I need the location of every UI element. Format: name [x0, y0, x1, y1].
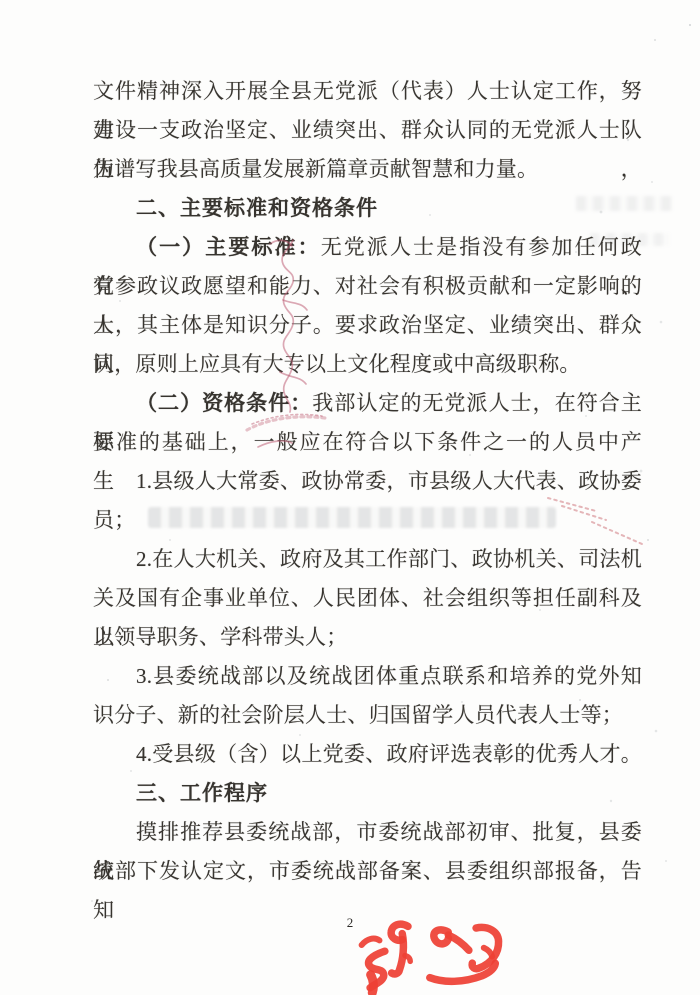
doc-list-item: 4.受县级（含）以上党委、政府评选表彰的优秀人才。 [93, 735, 642, 774]
doc-line: 建设一支政治坚定、业绩突出、群众认同的无党派人士队伍， [93, 111, 642, 150]
doc-line: 关及国有企事业单位、人民团体、社会组织等担任副科及以 [93, 579, 642, 618]
doc-line: 员； [93, 501, 642, 540]
doc-line: 士，其主体是知识分子。要求政治坚定、业绩突出、群众认 [93, 306, 642, 345]
section-heading: 二、主要标准和资格条件 [93, 189, 642, 228]
doc-line: 同，原则上应具有大专以上文化程度或中高级职称。 [93, 345, 642, 384]
doc-list-item: 2.在人大机关、政府及其工作部门、政协机关、司法机 [93, 540, 642, 579]
doc-line: 上领导职务、学科带头人； [93, 618, 642, 657]
document-body: 文件精神深入开展全县无党派（代表）人士认定工作，努力 建设一支政治坚定、业绩突出… [93, 72, 642, 891]
page-number: 2 [340, 915, 360, 931]
doc-line: 有参政议政愿望和能力、对社会有积极贡献和一定影响的人 [93, 267, 642, 306]
doc-list-item: 1.县级人大常委、政协常委，市县级人大代表、政协委 [93, 462, 642, 501]
doc-list-item: 3.县委统战部以及统战团体重点联系和培养的党外知 [93, 657, 642, 696]
doc-line: 文件精神深入开展全县无党派（代表）人士认定工作，努力 [93, 72, 642, 111]
doc-line: 识分子、新的社会阶层人士、归国留学人员代表人士等； [93, 696, 642, 735]
doc-line: （二）资格条件：我部认定的无党派人士，在符合主要 [93, 384, 642, 423]
scanned-document-page: 文件精神深入开展全县无党派（代表）人士认定工作，努力 建设一支政治坚定、业绩突出… [0, 0, 700, 995]
doc-line: 标准的基础上，一般应在符合以下条件之一的人员中产生： [93, 423, 642, 462]
doc-line: （一）主要标准：无党派人士是指没有参加任何政党、 [93, 228, 642, 267]
red-handwriting [361, 921, 500, 993]
section-heading: 三、工作程序 [93, 774, 642, 813]
doc-line: 战部下发认定文，市委统战部备案、县委组织部报备，告知 [93, 852, 642, 891]
doc-line: 摸排推荐县委统战部，市委统战部初审、批复，县委统 [93, 813, 642, 852]
